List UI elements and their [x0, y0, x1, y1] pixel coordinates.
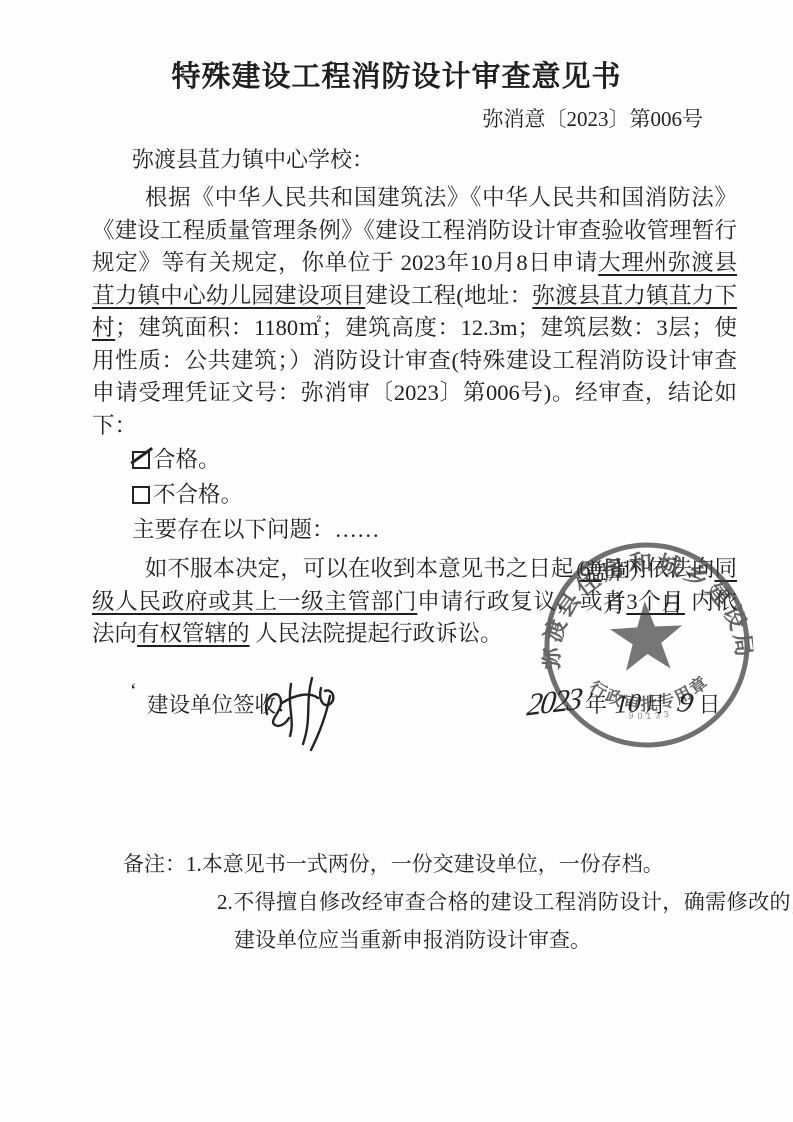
checkbox-pass-icon — [132, 451, 150, 469]
conclusion-pass-line: 合格。 — [132, 442, 793, 477]
doc-number: 弥消意〔2023〕第006号 — [0, 104, 793, 134]
seal-overlay-text: （盖章） 月 日 — [563, 556, 683, 620]
issue-date-row: 2023年10月9日 — [527, 684, 721, 720]
document-page: 特殊建设工程消防设计审查意见书 弥消意〔2023〕第006号 弥渡县苴力镇中心学… — [0, 0, 793, 1122]
main-paragraph: 根据《中华人民共和国建筑法》《中华人民共和国消防法》《建设工程质量管理条例》《建… — [92, 182, 737, 442]
page-title: 特殊建设工程消防设计审查意见书 — [0, 58, 793, 96]
note-item-1: 1.本意见书一式两份，一份交建设单位，一份存档。 — [186, 852, 664, 876]
checkbox-fail-icon — [132, 486, 150, 504]
text-run: 如不服本决定，可以在收到本意见书之日起 — [145, 556, 579, 581]
handwritten-day: 9 — [674, 686, 697, 720]
seal-day-label: 日 — [661, 592, 683, 617]
seal-month-label: 月 — [603, 592, 625, 617]
conclusion-fail-line: 不合格。 — [132, 477, 793, 512]
underlined-text: 有权管辖的 — [137, 621, 250, 646]
seal-blank-date: 月 日 — [563, 589, 683, 620]
text-run: 人民法院提起行政诉讼。 — [250, 621, 503, 646]
day-label: 日 — [699, 688, 721, 719]
handwritten-month: 10 — [614, 688, 642, 720]
handwritten-signature — [258, 668, 350, 754]
text-run: 建设工程(地址： — [365, 283, 532, 308]
conclusion-fail-label: 不合格。 — [153, 482, 243, 507]
note-item-2: 2.不得擅自修改经审查合格的建设工程消防设计，确需修改的，建设单位应当重新申报消… — [217, 883, 793, 959]
text-run: ；建筑面积：1180㎡；建筑高度：12.3m；建筑层数：3层；使用性质：公共建筑… — [92, 315, 737, 438]
signature-row: ʻ 建设单位签收： 2023年10月9日 — [0, 672, 793, 762]
stamp-here-label: （盖章） — [563, 556, 683, 587]
stray-mark: ʻ — [130, 680, 137, 703]
notes-section: 备注：1.本意见书一式两份，一份交建设单位，一份存档。 2.不得擅自修改经审查合… — [123, 845, 793, 959]
month-label: 月 — [644, 688, 666, 719]
notes-label: 备注： — [123, 852, 186, 876]
conclusion-pass-label: 合格。 — [153, 447, 221, 472]
year-label: 年 — [585, 688, 607, 719]
addressee: 弥渡县苴力镇中心学校： — [132, 144, 793, 176]
handwritten-year: 2023 — [525, 680, 583, 723]
